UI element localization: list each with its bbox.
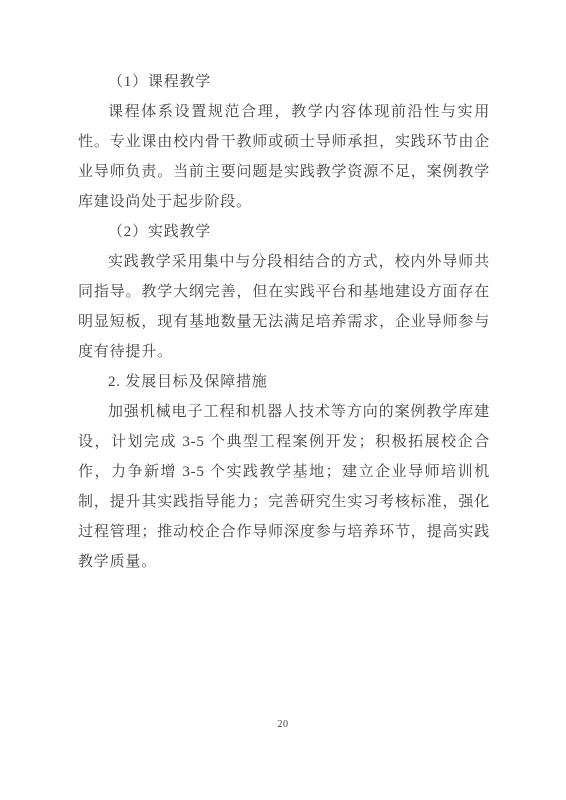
page-content: （1）课程教学 课程体系设置规范合理，教学内容体现前沿性与实用性。专业课由校内骨… bbox=[78, 67, 490, 577]
section-heading-practice-teaching: （2）实践教学 bbox=[78, 217, 490, 247]
paragraph-practice-teaching: 实践教学采用集中与分段相结合的方式，校内外导师共同指导。教学大纲完善，但在实践平… bbox=[78, 247, 490, 367]
document-page: （1）课程教学 课程体系设置规范合理，教学内容体现前沿性与实用性。专业课由校内骨… bbox=[0, 0, 566, 800]
page-number: 20 bbox=[0, 719, 566, 730]
paragraph-course-teaching: 课程体系设置规范合理，教学内容体现前沿性与实用性。专业课由校内骨干教师或硕士导师… bbox=[78, 97, 490, 217]
section-heading-course-teaching: （1）课程教学 bbox=[78, 67, 490, 97]
section-heading-development-goals: 2. 发展目标及保障措施 bbox=[78, 367, 490, 397]
paragraph-development-goals: 加强机械电子工程和机器人技术等方向的案例教学库建设，计划完成 3-5 个典型工程… bbox=[78, 397, 490, 577]
